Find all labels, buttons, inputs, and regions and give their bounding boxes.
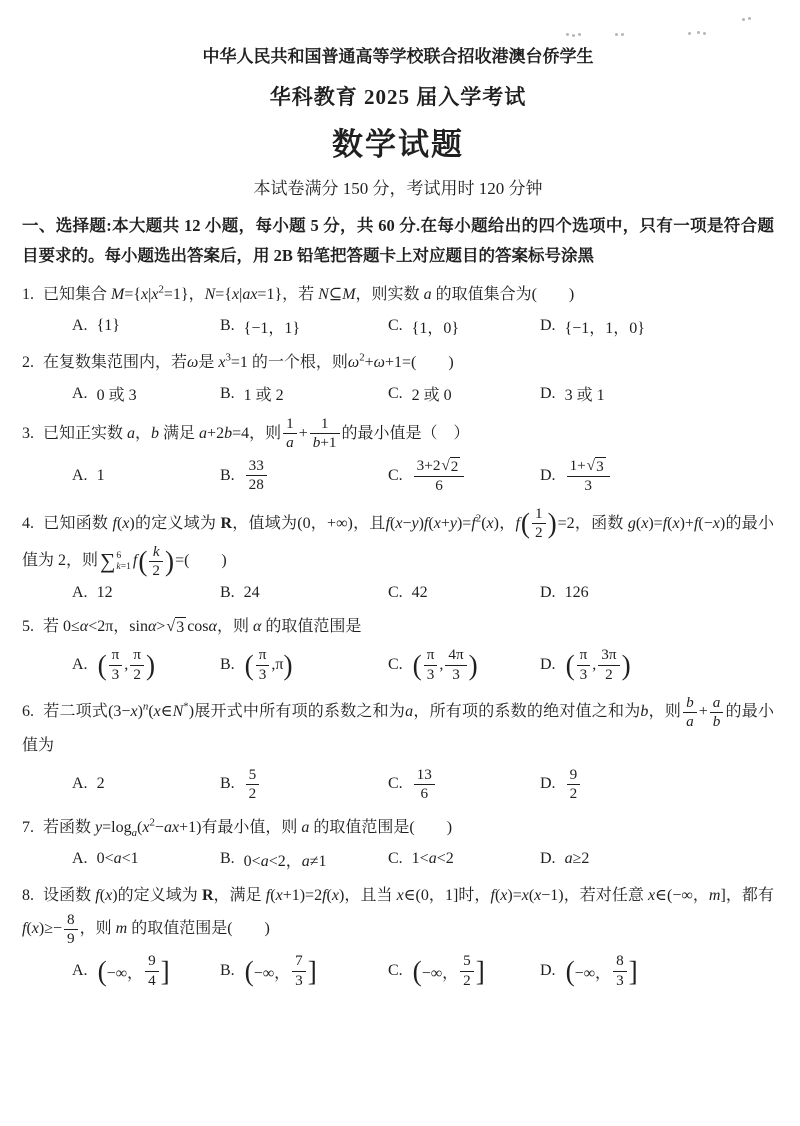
question-text: 已知集合 M={x|x2=1}，N={x|ax=1}，若 N⊆M，则实数 a 的…	[43, 286, 574, 303]
option-d: D.92	[540, 766, 774, 803]
option-a: A.0<a<1	[72, 850, 220, 868]
question-stem: 4.已知函数 f(x)的定义域为 R，值域为(0，+∞)，且f(x−y)f(x+…	[22, 505, 774, 580]
option-c: C.1<a<2	[388, 850, 540, 868]
option-value: 1	[97, 467, 105, 485]
question-options: A.(π3,π2) B.(π3,π) C.(π3,4π3) D.(π3,3π2)	[22, 646, 774, 683]
option-c: C.{1，0}	[388, 315, 540, 338]
option-a: A.0 或 3	[72, 382, 220, 405]
option-c: C.2 或 0	[388, 382, 540, 405]
option-a: A.2	[72, 775, 220, 793]
option-label: B.	[220, 467, 235, 485]
option-label: B.	[220, 317, 235, 335]
option-b: B.24	[220, 584, 388, 602]
question-number: 3.	[22, 425, 34, 442]
question-options: A.1 B.3328 C.3+2√26 D.1+√33	[22, 457, 774, 495]
option-value: 3328	[244, 457, 269, 494]
option-label: C.	[388, 962, 403, 980]
option-b: B.3328	[220, 457, 388, 494]
scan-artifact	[703, 32, 706, 35]
option-label: B.	[220, 775, 235, 793]
option-a: A.1	[72, 467, 220, 485]
option-a: A.12	[72, 584, 220, 602]
option-value: (π3,4π3)	[412, 646, 479, 683]
question-text: 在复数集范围内，若ω是 x3=1 的一个根，则ω2+ω+1=( )	[43, 354, 454, 371]
question-number: 5.	[22, 618, 34, 635]
option-value: (π3,π)	[244, 646, 294, 683]
option-d: D.1+√33	[540, 457, 774, 495]
option-value: 126	[565, 584, 589, 602]
option-value: 1 或 2	[244, 382, 284, 405]
option-label: D.	[540, 584, 556, 602]
scan-artifact	[615, 33, 618, 36]
option-d: D.126	[540, 584, 774, 602]
option-label: A.	[72, 962, 88, 980]
option-a: A.(π3,π2)	[72, 646, 220, 683]
option-label: A.	[72, 467, 88, 485]
option-d: D.(−∞，83]	[540, 952, 774, 989]
exam-paper-page: { "colors": { "text": "#1f1f1f", "backgr…	[0, 0, 800, 1126]
option-label: B.	[220, 850, 235, 868]
option-value: 52	[244, 766, 262, 803]
question-8: 8.设函数 f(x)的定义域为 R，满足 f(x+1)=2f(x)，且当 x∈(…	[22, 881, 774, 990]
question-stem: 7.若函数 y=loga(x2−ax+1)有最小值，则 a 的取值范围是( )	[22, 813, 774, 843]
question-options: A.(−∞，94] B.(−∞，73] C.(−∞，52] D.(−∞，83]	[22, 952, 774, 989]
question-options: A.0 或 3 B.1 或 2 C.2 或 0 D.3 或 1	[22, 382, 774, 405]
option-label: C.	[388, 775, 403, 793]
option-label: B.	[220, 584, 235, 602]
option-d: D.{−1，1，0}	[540, 315, 774, 338]
exam-header-line1: 中华人民共和国普通高等学校联合招收港澳台侨学生	[22, 42, 774, 67]
option-value: (−∞，83]	[565, 952, 639, 989]
option-label: D.	[540, 467, 556, 485]
question-3: 3.已知正实数 a，b 满足 a+2b=4，则1a+1b+1的最小值是（ ） A…	[22, 415, 774, 495]
option-c: C.3+2√26	[388, 457, 540, 495]
question-stem: 5.若 0≤α<2π，sinα>√3cosα，则 α 的取值范围是	[22, 612, 774, 642]
section-heading: 一、选择题:本大题共 12 小题，每小题 5 分，共 60 分.在每小题给出的四…	[22, 211, 774, 270]
option-value: 92	[565, 766, 583, 803]
option-value: {−1，1，0}	[565, 315, 645, 338]
option-c: C.42	[388, 584, 540, 602]
question-options: A.2 B.52 C.136 D.92	[22, 766, 774, 803]
scan-artifact	[621, 33, 624, 36]
option-label: A.	[72, 775, 88, 793]
option-value: 3+2√26	[412, 457, 467, 495]
question-options: A.0<a<1 B.0<a<2，a≠1 C.1<a<2 D.a≥2	[22, 848, 774, 871]
option-value: 1<a<2	[412, 850, 454, 868]
scan-artifact	[566, 33, 569, 36]
option-label: C.	[388, 385, 403, 403]
question-number: 2.	[22, 354, 34, 371]
option-value: 0<a<2，a≠1	[244, 848, 327, 871]
question-5: 5.若 0≤α<2π，sinα>√3cosα，则 α 的取值范围是 A.(π3,…	[22, 612, 774, 684]
paper-title: 数学试题	[22, 119, 774, 164]
scan-artifact	[572, 34, 575, 37]
option-b: B.1 或 2	[220, 382, 388, 405]
option-d: D.a≥2	[540, 850, 774, 868]
question-options: A.12 B.24 C.42 D.126	[22, 584, 774, 602]
option-value: 0<a<1	[97, 850, 139, 868]
option-value: 42	[412, 584, 428, 602]
option-label: D.	[540, 775, 556, 793]
option-label: B.	[220, 385, 235, 403]
option-a: A.{1}	[72, 317, 220, 335]
option-label: D.	[540, 656, 556, 674]
option-label: D.	[540, 317, 556, 335]
question-stem: 1.已知集合 M={x|x2=1}，N={x|ax=1}，若 N⊆M，则实数 a…	[22, 280, 774, 310]
question-text: 设函数 f(x)的定义域为 R，满足 f(x+1)=2f(x)，且当 x∈(0，…	[22, 887, 774, 938]
option-label: C.	[388, 317, 403, 335]
option-label: A.	[72, 584, 88, 602]
option-value: a≥2	[565, 850, 590, 868]
question-2: 2.在复数集范围内，若ω是 x3=1 的一个根，则ω2+ω+1=( ) A.0 …	[22, 348, 774, 405]
option-value: 3 或 1	[565, 382, 605, 405]
scan-artifact	[697, 31, 700, 34]
option-b: B.{−1，1}	[220, 315, 388, 338]
option-value: (π3,3π2)	[565, 646, 632, 683]
question-4: 4.已知函数 f(x)的定义域为 R，值域为(0，+∞)，且f(x−y)f(x+…	[22, 505, 774, 602]
scan-artifact	[742, 18, 745, 21]
option-c: C.(π3,4π3)	[388, 646, 540, 683]
option-value: 2 或 0	[412, 382, 452, 405]
question-text: 若函数 y=loga(x2−ax+1)有最小值，则 a 的取值范围是( )	[43, 819, 452, 836]
option-value: 1+√33	[565, 457, 612, 495]
question-options: A.{1} B.{−1，1} C.{1，0} D.{−1，1，0}	[22, 315, 774, 338]
option-a: A.(−∞，94]	[72, 952, 220, 989]
option-label: B.	[220, 962, 235, 980]
option-value: {1}	[97, 317, 120, 335]
option-label: A.	[72, 317, 88, 335]
option-value: (π3,π2)	[97, 646, 156, 683]
option-label: C.	[388, 467, 403, 485]
option-c: C.(−∞，52]	[388, 952, 540, 989]
exam-paper: 中华人民共和国普通高等学校联合招收港澳台侨学生 华科教育 2025 届入学考试 …	[0, 0, 800, 990]
option-label: D.	[540, 962, 556, 980]
option-label: B.	[220, 656, 235, 674]
option-c: C.136	[388, 766, 540, 803]
option-value: 136	[412, 766, 437, 803]
option-value: {1，0}	[412, 315, 459, 338]
question-6: 6.若二项式(3−x)n(x∈N*)展开式中所有项的系数之和为a，所有项的系数的…	[22, 694, 774, 803]
option-label: C.	[388, 584, 403, 602]
question-number: 6.	[22, 703, 34, 720]
option-b: B.0<a<2，a≠1	[220, 848, 388, 871]
option-value: 2	[97, 775, 105, 793]
question-number: 7.	[22, 819, 34, 836]
question-number: 8.	[22, 887, 34, 904]
option-value: 12	[97, 584, 113, 602]
option-label: A.	[72, 385, 88, 403]
scan-artifact	[578, 33, 581, 36]
question-stem: 2.在复数集范围内，若ω是 x3=1 的一个根，则ω2+ω+1=( )	[22, 348, 774, 378]
scan-artifact	[688, 32, 691, 35]
option-value: (−∞，94]	[97, 952, 171, 989]
exam-header-line2: 华科教育 2025 届入学考试	[22, 81, 774, 111]
option-value: 0 或 3	[97, 382, 137, 405]
question-text: 已知函数 f(x)的定义域为 R，值域为(0，+∞)，且f(x−y)f(x+y)…	[22, 515, 774, 569]
question-7: 7.若函数 y=loga(x2−ax+1)有最小值，则 a 的取值范围是( ) …	[22, 813, 774, 870]
question-stem: 3.已知正实数 a，b 满足 a+2b=4，则1a+1b+1的最小值是（ ）	[22, 415, 774, 452]
option-value: 24	[244, 584, 260, 602]
option-d: D.3 或 1	[540, 382, 774, 405]
option-b: B.(π3,π)	[220, 646, 388, 683]
option-label: C.	[388, 656, 403, 674]
question-1: 1.已知集合 M={x|x2=1}，N={x|ax=1}，若 N⊆M，则实数 a…	[22, 280, 774, 337]
option-value: (−∞，52]	[412, 952, 486, 989]
option-b: B.(−∞，73]	[220, 952, 388, 989]
question-stem: 8.设函数 f(x)的定义域为 R，满足 f(x+1)=2f(x)，且当 x∈(…	[22, 881, 774, 949]
question-text: 已知正实数 a，b 满足 a+2b=4，则1a+1b+1的最小值是（ ）	[43, 425, 470, 442]
option-label: D.	[540, 385, 556, 403]
option-b: B.52	[220, 766, 388, 803]
scan-artifact	[748, 17, 751, 20]
option-label: D.	[540, 850, 556, 868]
question-number: 4.	[22, 515, 34, 532]
question-stem: 6.若二项式(3−x)n(x∈N*)展开式中所有项的系数之和为a，所有项的系数的…	[22, 694, 774, 762]
question-text: 若 0≤α<2π，sinα>√3cosα，则 α 的取值范围是	[43, 618, 361, 635]
paper-subtitle: 本试卷满分 150 分，考试用时 120 分钟	[22, 174, 774, 199]
option-value: {−1，1}	[244, 315, 300, 338]
option-value: (−∞，73]	[244, 952, 318, 989]
option-label: A.	[72, 850, 88, 868]
option-label: A.	[72, 656, 88, 674]
option-label: C.	[388, 850, 403, 868]
question-text: 若二项式(3−x)n(x∈N*)展开式中所有项的系数之和为a，所有项的系数的绝对…	[22, 703, 774, 754]
option-d: D.(π3,3π2)	[540, 646, 774, 683]
question-number: 1.	[22, 286, 34, 303]
